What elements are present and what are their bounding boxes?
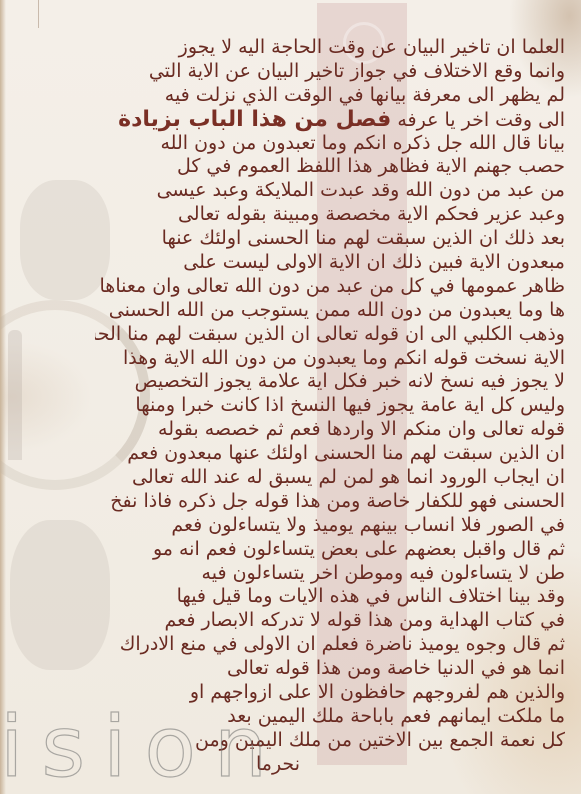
text-line: وقد بينا اختلاف الناس في هذه الايات وما … <box>95 585 565 609</box>
text-line: ظاهر عمومها في كل من عبد من دون الله تعا… <box>95 275 565 299</box>
text-line: من عبد من دون الله وقد عبدت الملايكة وعب… <box>95 179 565 203</box>
section-rubric: فصل من هذا الباب بزيادة <box>118 108 391 132</box>
text-line: ان الذين سبقت لهم منا الحسنى اولئك عنها … <box>95 442 565 466</box>
manuscript-text: العلما ان تاخير البيان عن وقت الحاجة الي… <box>95 36 565 777</box>
watermark-text: ision <box>0 705 285 789</box>
text-line: طن لا يتساءلون فيه وموطن اخر يتساءلون في… <box>95 562 565 586</box>
text-line: الاية نسخت قوله انكم وما يعبدون من دون ا… <box>95 347 565 371</box>
text-line: وعبد عزير فحكم الاية مخصصة ومبينة بقوله … <box>95 203 565 227</box>
text-line: لا يجوز فيه نسخ لانه خبر فكل اية علامة ي… <box>95 370 565 394</box>
text-line-start: الى وقت اخر يا عرفه <box>397 109 565 131</box>
text-line: العلما ان تاخير البيان عن وقت الحاجة الي… <box>95 36 565 60</box>
text-line: حصب جهنم الاية فظاهر هذا اللفظ العموم في… <box>95 155 565 179</box>
text-line: الحسنى فهو للكفار خاصة ومن هذا قوله جل ذ… <box>95 490 565 514</box>
text-line: وذهب الكلبي الى ان قوله تعالى ان الذين س… <box>95 323 565 347</box>
text-line: ان ايجاب الورود انما هو لمن لم يسبق له ع… <box>95 466 565 490</box>
text-line-with-rubric: الى وقت اخر يا عرفه فصل من هذا الباب بزي… <box>95 108 565 132</box>
manuscript-page: العلما ان تاخير البيان عن وقت الحاجة الي… <box>0 0 581 794</box>
page-crease <box>38 0 39 28</box>
text-line: انما هو في الدنيا خاصة ومن هذا قوله تعال… <box>95 657 565 681</box>
text-line: ها وما يعبدون من دون الله ممن يستوجب من … <box>95 299 565 323</box>
text-line: في الصور فلا انساب بينهم يوميذ ولا يتساء… <box>95 514 565 538</box>
text-line: ثم قال وجوه يوميذ ناضرة فعلم ان الاولى ف… <box>95 633 565 657</box>
text-line: ثم قال واقبل بعضهم على بعض يتساءلون فعم … <box>95 538 565 562</box>
text-line: قوله تعالى وان منكم الا واردها فعم ثم خص… <box>95 418 565 442</box>
text-line: وليس كل اية عامة يجوز فيها النسخ اذا كان… <box>95 394 565 418</box>
text-line: وانما وقع الاختلاف في جواز تاخير البيان … <box>95 60 565 84</box>
text-line: في كتاب الهداية ومن هذا قوله لا تدركه ال… <box>95 609 565 633</box>
watermark-minaret-icon <box>8 330 22 460</box>
text-line: مبعدون الاية فبين ذلك ان الاية الاولى لي… <box>95 251 565 275</box>
text-line: بعد ذلك ان الذين سبقت لهم منا الحسنى اول… <box>95 227 565 251</box>
text-line: بيانا قال الله جل ذكره انكم وما تعبدون م… <box>95 132 565 156</box>
text-line: لم يظهر الى معرفة بيانها في الوقت الذي ن… <box>95 84 565 108</box>
